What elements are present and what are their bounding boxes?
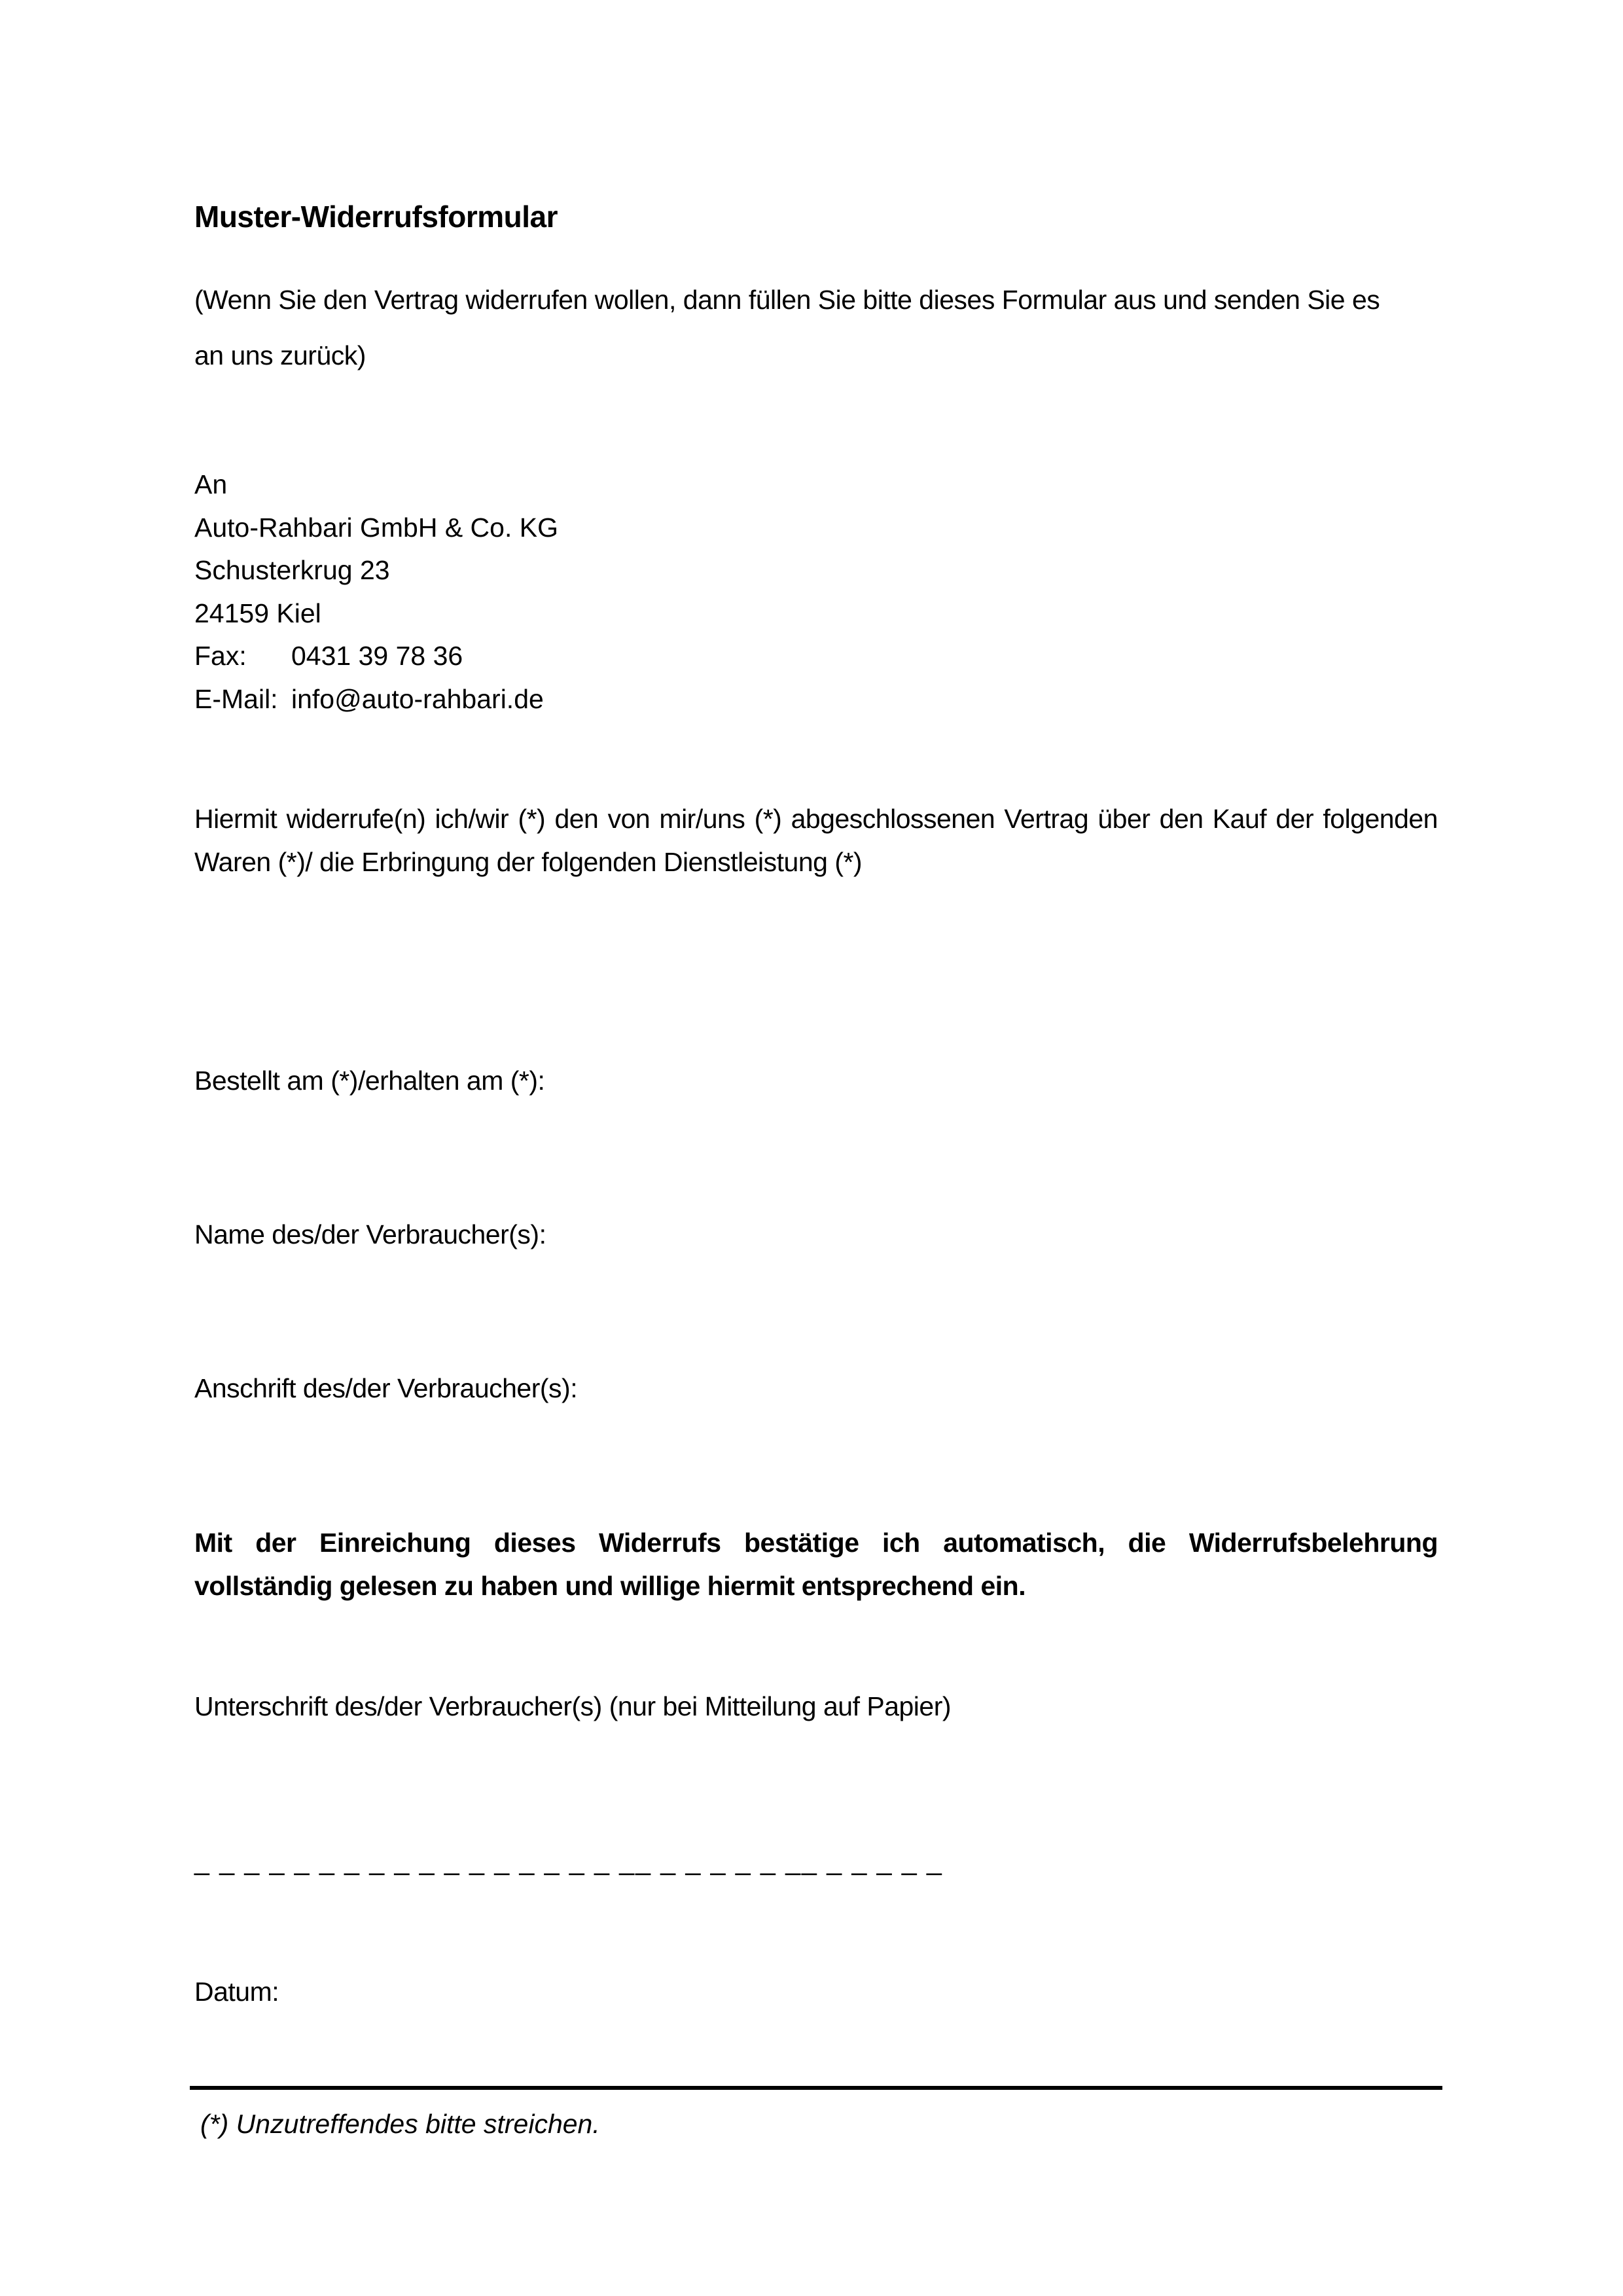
recipient-street: Schusterkrug 23 (194, 549, 558, 592)
intro-text-line2: an uns zurück) (194, 334, 366, 377)
fax-number: 0431 39 78 36 (291, 641, 463, 671)
recipient-to: An (194, 463, 558, 507)
recipient-city: 24159 Kiel (194, 592, 558, 636)
footnote: (*) Unzutreffendes bitte streichen. (200, 2109, 600, 2140)
fax-label: Fax: (194, 635, 291, 678)
recipient-address: An Auto-Rahbari GmbH & Co. KG Schusterkr… (194, 463, 558, 721)
consumer-address-field: Anschrift des/der Verbraucher(s): (194, 1367, 577, 1410)
ordered-received-field: Bestellt am (*)/erhalten am (*): (194, 1059, 544, 1102)
revocation-text: Hiermit widerrufe(n) ich/wir (*) den von… (194, 797, 1438, 884)
recipient-fax-row: Fax:0431 39 78 36 (194, 635, 558, 678)
recipient-company: Auto-Rahbari GmbH & Co. KG (194, 507, 558, 550)
signature-label: Unterschrift des/der Verbraucher(s) (nur… (194, 1685, 951, 1728)
page-title: Muster-Widerrufsformular (194, 195, 558, 238)
footer-divider (190, 2086, 1442, 2090)
email-address[interactable]: info@auto-rahbari.de (291, 684, 544, 714)
signature-line: _ _ _ _ _ _ _ _ _ _ _ _ _ _ _ _ _ __ _ _… (194, 1846, 943, 1876)
email-label: E-Mail: (194, 678, 291, 721)
recipient-email-row: E-Mail:info@auto-rahbari.de (194, 678, 558, 721)
confirmation-text: Mit der Einreichung dieses Widerrufs bes… (194, 1521, 1438, 1607)
consumer-name-field: Name des/der Verbraucher(s): (194, 1213, 546, 1256)
date-label: Datum: (194, 1970, 279, 2013)
intro-text: (Wenn Sie den Vertrag widerrufen wollen,… (194, 278, 1380, 321)
